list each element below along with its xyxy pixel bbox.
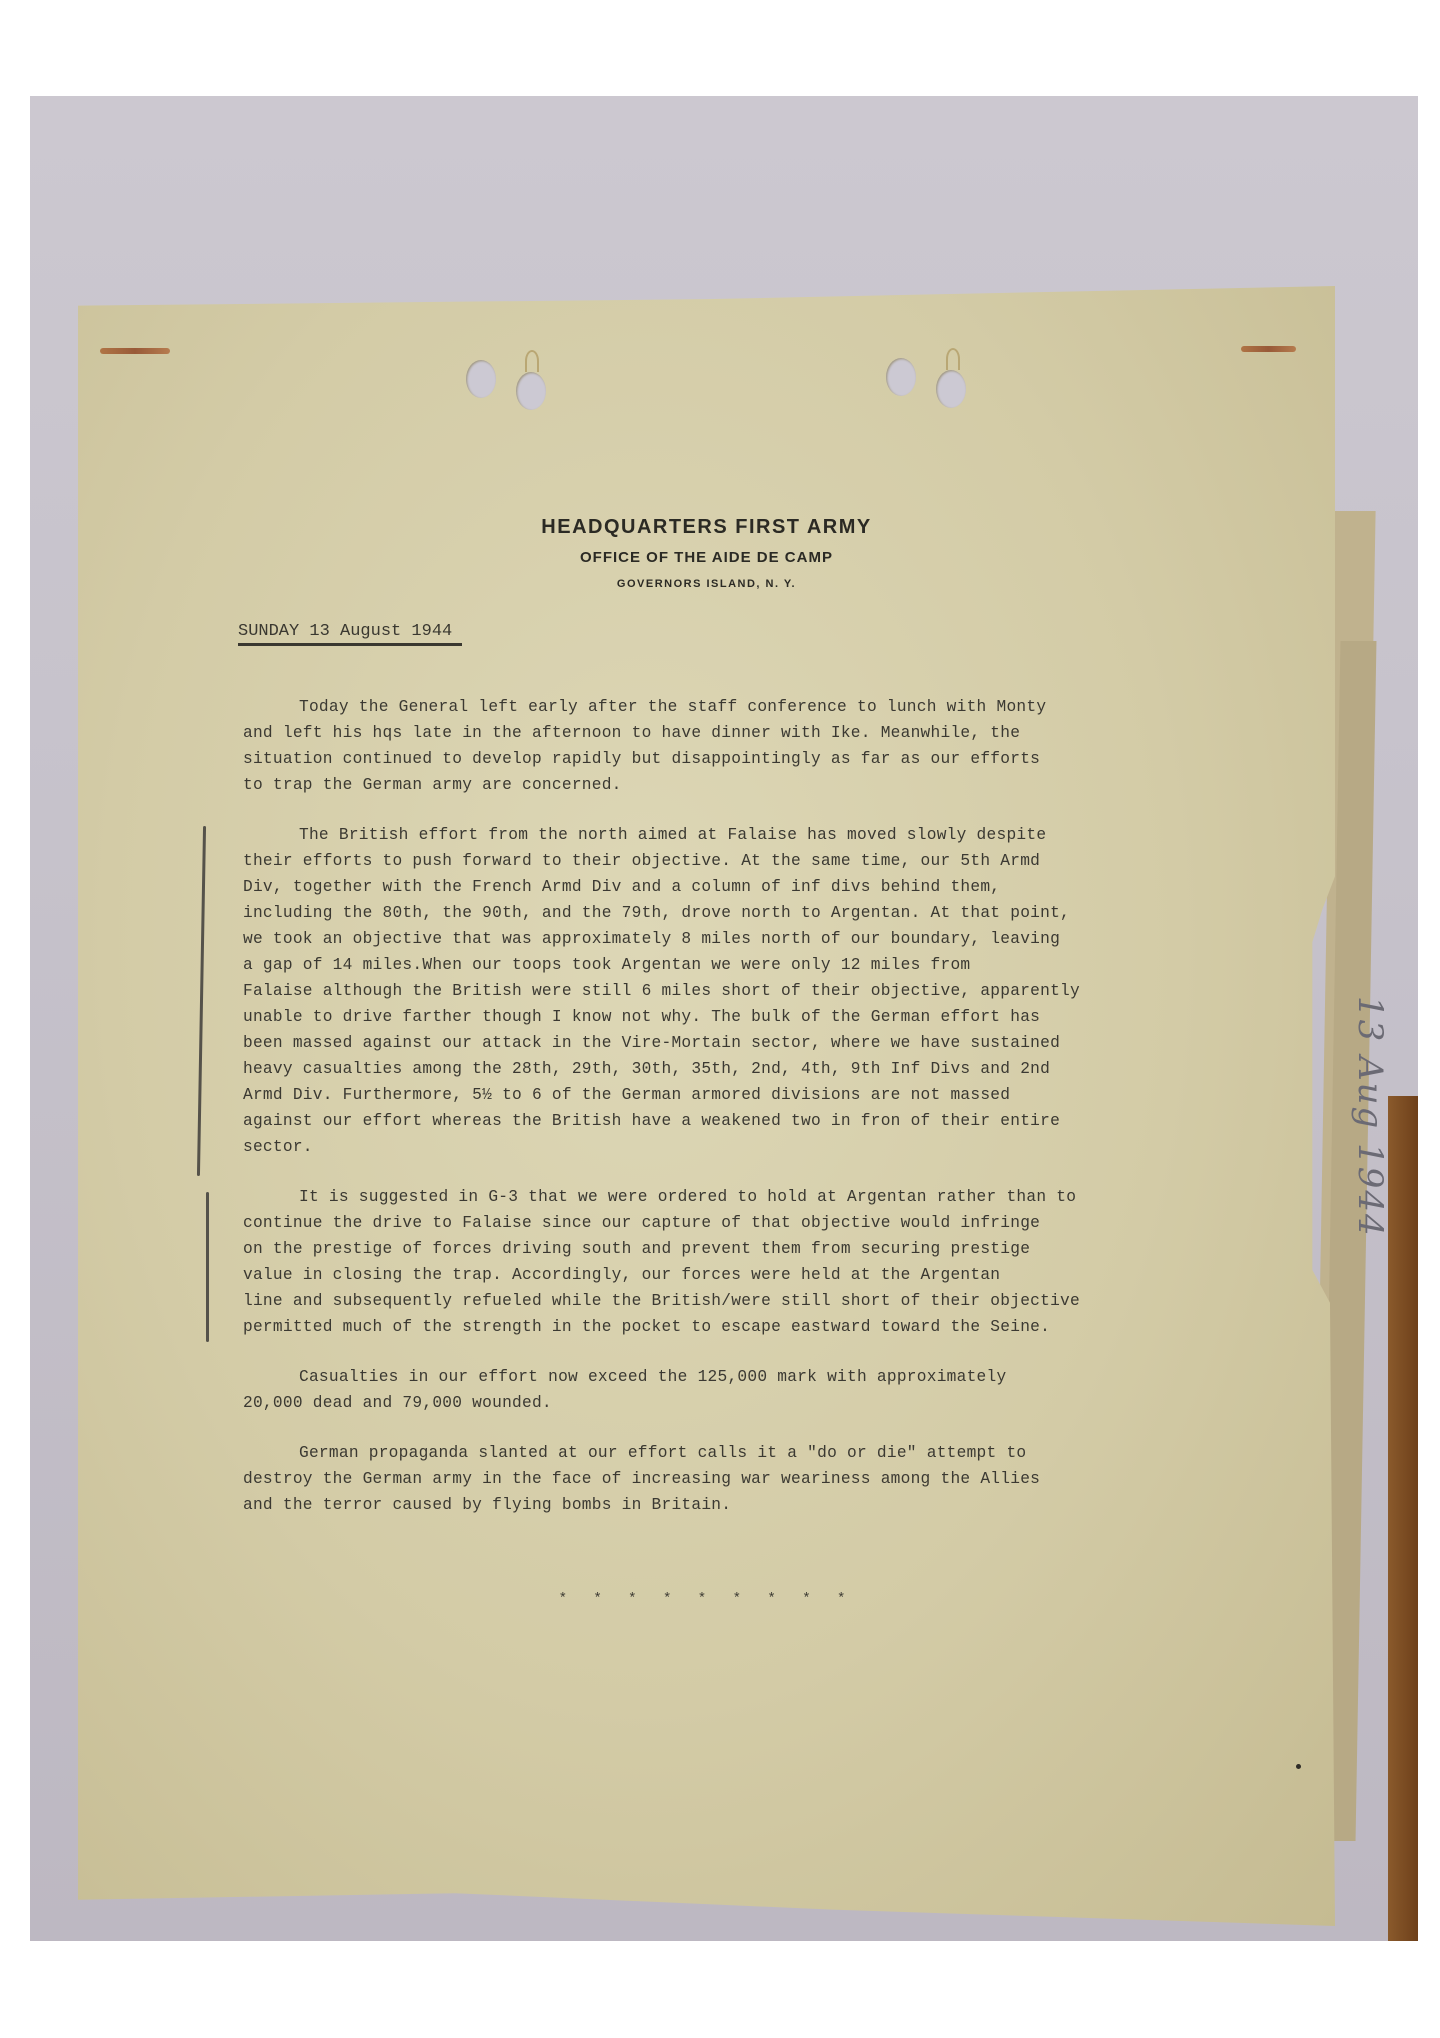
rust-stain-right (1241, 346, 1296, 352)
tie-loop (946, 348, 960, 370)
typewritten-page: HEADQUARTERS FIRST ARMY OFFICE OF THE AI… (78, 286, 1335, 1926)
paragraph: The British effort from the north aimed … (243, 822, 1333, 1160)
rust-stain-left (100, 348, 170, 354)
punch-hole (886, 358, 916, 396)
paragraph: German propaganda slanted at our effort … (243, 1440, 1333, 1518)
letterhead-location: GOVERNORS ISLAND, N. Y. (78, 578, 1335, 590)
paragraph: It is suggested in G-3 that we were orde… (243, 1184, 1333, 1340)
letterhead-title: HEADQUARTERS FIRST ARMY (78, 516, 1335, 539)
punch-hole (516, 372, 546, 410)
end-mark: * * * * * * * * * (78, 1591, 1335, 1607)
paragraph: Casualties in our effort now exceed the … (243, 1364, 1333, 1416)
tie-loop (525, 350, 539, 372)
punch-hole (466, 360, 496, 398)
margin-mark (197, 826, 206, 1176)
document-photo: HEADQUARTERS FIRST ARMY OFFICE OF THE AI… (30, 96, 1418, 1941)
body-text: Today the General left early after the s… (243, 694, 1333, 1542)
ink-dot (1296, 1764, 1301, 1769)
letterhead-office: OFFICE OF THE AIDE DE CAMP (78, 549, 1335, 566)
handwritten-date-note: 13 Aug 1944 (1350, 996, 1390, 1238)
paragraph: Today the General left early after the s… (243, 694, 1333, 798)
wooden-edge (1388, 1096, 1418, 1941)
date-heading: SUNDAY 13 August 1944 (238, 622, 462, 646)
margin-mark (206, 1192, 209, 1342)
punch-hole (936, 370, 966, 408)
